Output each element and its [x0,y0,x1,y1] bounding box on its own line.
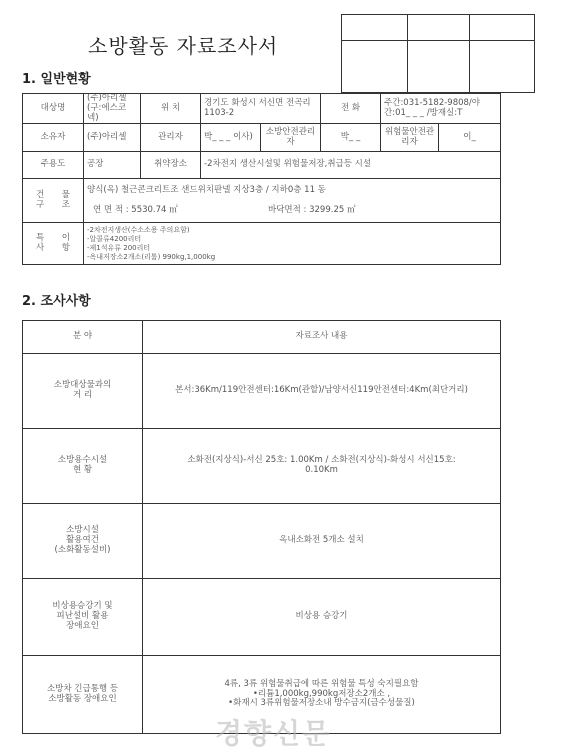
approval-cell [408,41,470,93]
content-cell: 비상용 승강기 [143,579,501,656]
table-row: 주용도 공장 취약장소 -2차전지 생산시설및 위험물저장,취급등 시설 [23,152,501,179]
survey-table: 분 야 자료조사 내용 소방대상물과의 거 리 본서:36Km/119안전센터:… [22,320,501,734]
floor-area: 바닥면적 : 3299.25 ㎡ [268,206,355,216]
content-cell: 소화전(지상식)-서신 25호: 1.00Km / 소화전(지상식)-화성시 서… [143,429,501,504]
fire-safety-manager-label: 소방안전관리자 [261,124,321,152]
manager-label: 관리자 [141,124,201,152]
approval-cell [470,15,535,41]
phone-label: 전 화 [321,94,381,124]
table-row: 건물 구조 양식(옥) 철근콘크리트조 샌드위치판넬 지상3층 / 지하0층 1… [23,179,501,223]
notes-label: 특이 사항 [23,223,84,265]
hazmat-manager-label: 위험물안전관리자 [381,124,439,152]
table-row: 비상용승강기 및 피난설비 활용 장애요인 비상용 승강기 [23,579,501,656]
table-row: 소유자 (주)아리셀 관리자 박_ _ _ 이사) 소방안전관리자 박_ _ 위… [23,124,501,152]
weak-point-value: -2차전지 생산시설및 위험물저장,취급등 시설 [201,152,501,179]
document-title: 소방활동 자료조사서 [88,30,278,59]
fire-safety-manager-value: 박_ _ [321,124,381,152]
table-row: 소방용수시설 현 황 소화전(지상식)-서신 25호: 1.00Km / 소화전… [23,429,501,504]
section-heading-general: 1. 일반현황 [22,68,91,87]
category-cell: 소방시설 활용여건 (소화활동설비) [23,504,143,579]
category-cell: 비상용승강기 및 피난설비 활용 장애요인 [23,579,143,656]
category-cell: 소방용수시설 현 황 [23,429,143,504]
hazmat-manager-value: 이_ [439,124,501,152]
location-value: 경기도 화성시 서신면 전곡리 1103-2 [201,94,321,124]
use-label: 주용도 [23,152,84,179]
table-row: 소방시설 활용여건 (소화활동설비) 옥내소화전 5개소 설치 [23,504,501,579]
name-value: (주)아리셀(구:에스코넥) [84,94,141,124]
general-status-table: 대상명 (주)아리셀(구:에스코넥) 위 치 경기도 화성시 서신면 전곡리 1… [22,93,501,265]
location-label: 위 치 [141,94,201,124]
structure-line1: 양식(옥) 철근콘크리트조 샌드위치판넬 지상3층 / 지하0층 11 동 [87,186,497,196]
use-value: 공장 [84,152,141,179]
approval-box [341,14,535,93]
table-row: 대상명 (주)아리셀(구:에스코넥) 위 치 경기도 화성시 서신면 전곡리 1… [23,94,501,124]
table-row: 특이 사항 -2차전지생산(수소소용 주의요함) -알콜류4200리터 -제1석… [23,223,501,265]
approval-cell [408,15,470,41]
weak-point-label: 취약장소 [141,152,201,179]
notes-value: -2차전지생산(수소소용 주의요함) -알콜류4200리터 -제1석유류 200… [84,223,501,265]
category-header: 분 야 [23,321,143,354]
content-cell: 옥내소화전 5개소 설치 [143,504,501,579]
manager-value: 박_ _ _ 이사) [201,124,261,152]
approval-cell [470,41,535,93]
table-row: 소방대상물과의 거 리 본서:36Km/119안전센터:16Km(관할)/남양서… [23,354,501,429]
structure-label: 건물 구조 [23,179,84,223]
phone-value: 주간:031-5182-9808/야간:01_ _ _ /방재실:T [381,94,501,124]
table-header-row: 분 야 자료조사 내용 [23,321,501,354]
approval-cell [342,41,408,93]
approval-cell [342,15,408,41]
category-cell: 소방차 긴급통행 등 소방활동 장애요인 [23,656,143,734]
owner-value: (주)아리셀 [84,124,141,152]
section-heading-survey: 2. 조사사항 [22,290,91,309]
structure-value: 양식(옥) 철근콘크리트조 샌드위치판넬 지상3층 / 지하0층 11 동 연 … [84,179,501,223]
name-label: 대상명 [23,94,84,124]
watermark: 경향신문 [215,712,331,752]
category-cell: 소방대상물과의 거 리 [23,354,143,429]
total-floor-area: 연 면 적 : 5530.74 ㎡ [87,206,268,216]
owner-label: 소유자 [23,124,84,152]
content-header: 자료조사 내용 [143,321,501,354]
content-cell: 본서:36Km/119안전센터:16Km(관할)/남양서신119안전센터:4Km… [143,354,501,429]
